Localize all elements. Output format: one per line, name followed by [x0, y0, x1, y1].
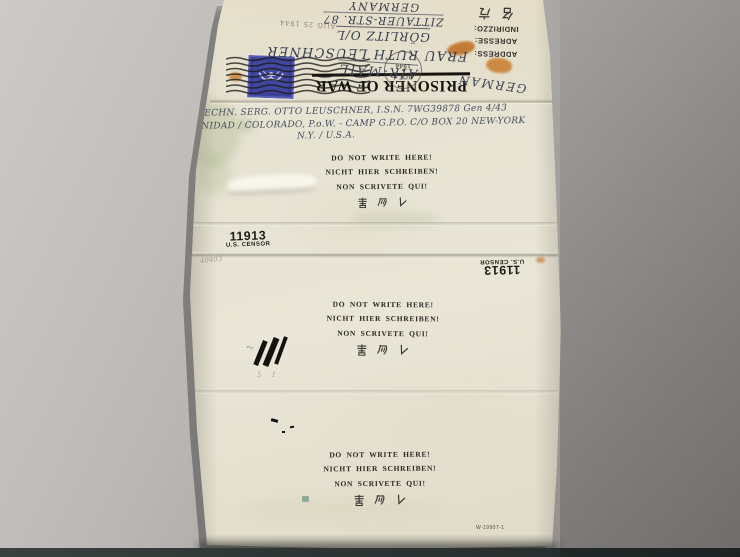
address-label-english: ADDRESS: — [462, 46, 530, 60]
stain-green-2 — [196, 155, 230, 195]
address-label-italian: INDIRIZZO: — [462, 21, 530, 35]
ink-speck — [290, 426, 294, 429]
do-not-write-english: DO NOT WRITE HERE! — [292, 153, 472, 162]
do-not-write-german: NICHT HIER SCHREIBEN! — [290, 465, 470, 474]
ink-slash-marks — [258, 336, 298, 372]
addressee-kanji-icon — [462, 6, 530, 21]
do-not-write-kanji-icon — [292, 196, 472, 209]
form-print-code: W-19907-1 — [476, 525, 504, 531]
censor-label: U.S. CENSOR — [476, 257, 528, 265]
censor-number: 11913 — [476, 264, 528, 276]
censor-stamp-left: 11913 U.S. CENSOR — [224, 230, 273, 250]
photo-background: PRISONER OF WAR OCT 4 ★ 1944 — [0, 0, 740, 557]
do-not-write-english: DO NOT WRITE HERE! — [293, 300, 473, 309]
ink-scribble: ᴖᴗ — [245, 343, 253, 351]
do-not-write-italian: NON SCRIVETE QUI! — [293, 329, 473, 338]
fold-crease-3 — [192, 390, 558, 394]
address-labels-block: ADDRESS: ADRESSE: INDIRIZZO: — [462, 6, 531, 60]
do-not-write-german: NICHT HIER SCHREIBEN! — [292, 168, 472, 177]
pencil-note-panel2: 5 1 — [257, 371, 280, 379]
address-label-french: ADRESSE: — [462, 34, 530, 48]
ink-speck — [282, 431, 285, 433]
do-not-write-block-2: DO NOT WRITE HERE! NICHT HIER SCHREIBEN!… — [293, 300, 473, 356]
do-not-write-kanji-icon — [290, 493, 470, 506]
addressee-line: GÖRLITZ O/L — [336, 26, 431, 44]
addressee-block: FRAU RUTH LEUSCHNER GÖRLITZ O/L ZITTAUER… — [297, 0, 469, 63]
do-not-write-block-3: DO NOT WRITE HERE! NICHT HIER SCHREIBEN!… — [290, 450, 470, 506]
pencil-note-left: 40403 — [200, 255, 223, 265]
do-not-write-block-1: DO NOT WRITE HERE! NICHT HIER SCHREIBEN!… — [292, 153, 472, 208]
do-not-write-italian: NON SCRIVETE QUI! — [290, 479, 470, 488]
censor-stamp-right: 11913 U.S. CENSOR — [476, 257, 528, 276]
do-not-write-german: NICHT HIER SCHREIBEN! — [293, 315, 473, 324]
do-not-write-english: DO NOT WRITE HERE! — [290, 450, 470, 459]
do-not-write-italian: NON SCRIVETE QUI! — [292, 182, 472, 191]
do-not-write-kanji-icon — [293, 343, 473, 356]
sender-address-line-3: N.Y. / U.S.A. — [297, 130, 355, 141]
censor-label: U.S. CENSOR — [224, 241, 272, 250]
background-right-shade — [560, 0, 740, 557]
ink-speck — [271, 418, 279, 423]
fold-crease-1 — [192, 222, 558, 226]
